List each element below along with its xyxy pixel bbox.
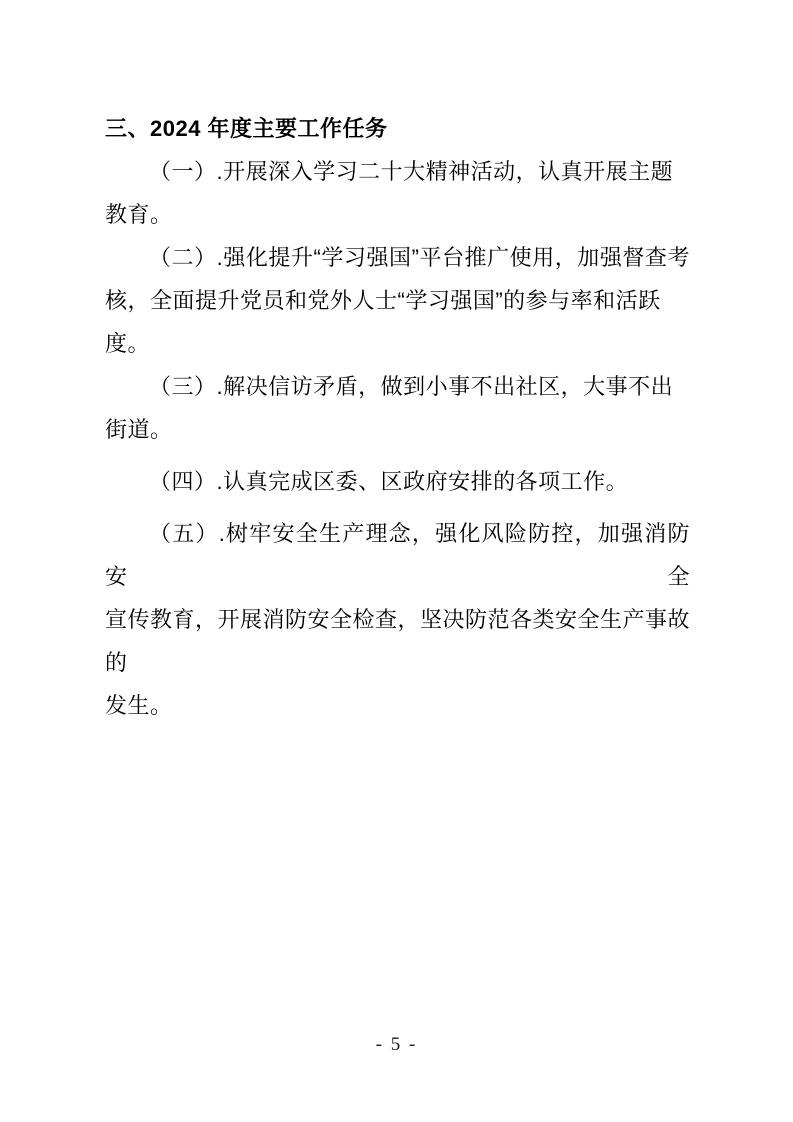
paragraph-line: （一）.开展深入学习二十大精神活动，认真开展主题教育。	[105, 150, 690, 236]
paragraph-4: （四）.认真完成区委、区政府安排的各项工作。	[105, 460, 690, 503]
paragraph-line: 发生。	[105, 684, 690, 727]
document-page: 三、2024 年度主要工作任务 （一）.开展深入学习二十大精神活动，认真开展主题…	[0, 0, 793, 1122]
paragraph-line: （四）.认真完成区委、区政府安排的各项工作。	[105, 460, 690, 503]
paragraph-line: 核，全面提升党员和党外人士“学习强国”的参与率和活跃度。	[105, 279, 690, 365]
page-number: - 5 -	[0, 1033, 793, 1057]
paragraph-line: （五）.树牢安全生产理念，强化风险防控，加强消防安全	[105, 512, 690, 598]
paragraph-line: （三）.解决信访矛盾，做到小事不出社区，大事不出街道。	[105, 365, 690, 451]
paragraph-5: （五）.树牢安全生产理念，强化风险防控，加强消防安全 宣传教育，开展消防安全检查…	[105, 512, 690, 727]
section-heading: 三、2024 年度主要工作任务	[105, 107, 690, 150]
paragraph-1: （一）.开展深入学习二十大精神活动，认真开展主题教育。	[105, 150, 690, 236]
paragraph-3: （三）.解决信访矛盾，做到小事不出社区，大事不出街道。	[105, 365, 690, 451]
paragraph-2: （二）.强化提升“学习强国”平台推广使用，加强督查考 核，全面提升党员和党外人士…	[105, 236, 690, 365]
paragraph-line: （二）.强化提升“学习强国”平台推广使用，加强督查考	[105, 236, 690, 279]
document-body: 三、2024 年度主要工作任务 （一）.开展深入学习二十大精神活动，认真开展主题…	[105, 107, 690, 727]
paragraph-line: 宣传教育，开展消防安全检查，坚决防范各类安全生产事故的	[105, 598, 690, 684]
